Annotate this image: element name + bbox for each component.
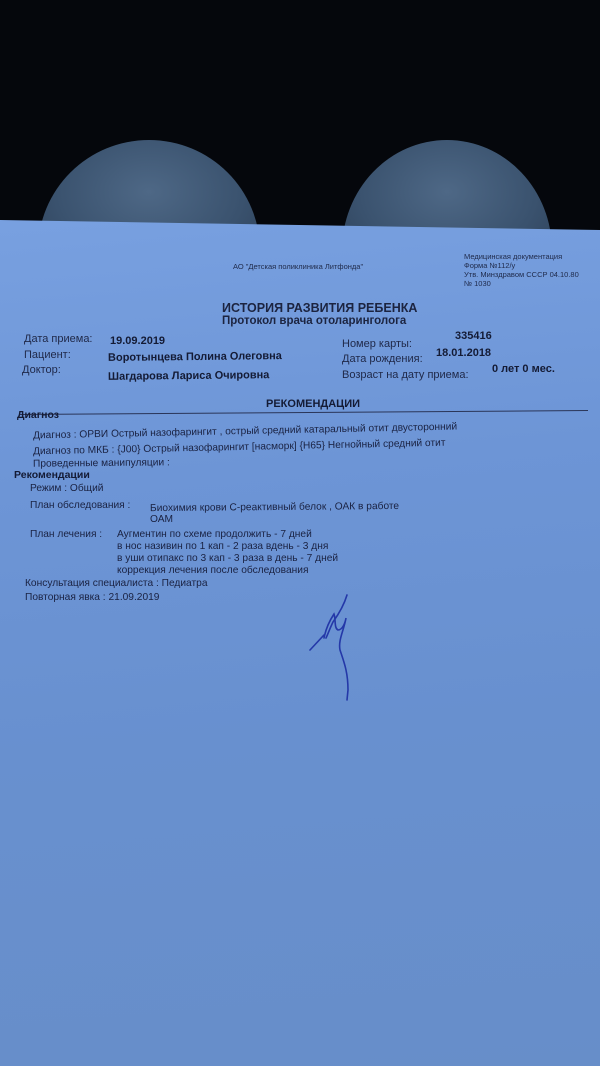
procedures-label: Проведенные манипуляции :: [33, 457, 170, 469]
regime-value: Общий: [70, 483, 104, 494]
treatment-line: в нос називин по 1 кап - 2 раза вдень - …: [117, 541, 328, 552]
doctor-signature: [300, 590, 380, 710]
consultation-line: Консультация специалиста : Педиатра: [25, 578, 208, 589]
consultation-label: Консультация специалиста :: [25, 578, 159, 589]
treatment-line: коррекция лечения после обследования: [117, 565, 308, 576]
doctor-name: Шагдарова Лариса Очировна: [108, 369, 269, 383]
organization-name: АО "Детская поликлиника Литфонда": [233, 262, 363, 271]
regime-label: Режим :: [30, 483, 67, 494]
icd-value: {J00} Острый назофарингит [насморк] {H65…: [117, 438, 445, 456]
patient-name: Воротынцева Полина Олеговна: [108, 350, 282, 364]
age-value: 0 лет 0 мес.: [492, 363, 555, 375]
section-divider: [20, 410, 588, 415]
exam-plan-line: ОАМ: [150, 514, 173, 525]
card-number: 335416: [455, 330, 492, 342]
icd-label: Диагноз по МКБ :: [33, 445, 115, 458]
treatment-line: в уши отипакс по 3 кап - 3 раза в день -…: [117, 553, 338, 564]
birth-date: 18.01.2018: [436, 347, 491, 359]
card-number-label: Номер карты:: [342, 338, 412, 350]
document-subtitle: Протокол врача отоларинголога: [222, 315, 406, 327]
visit-date-label: Дата приема:: [24, 333, 93, 345]
revisit-label: Повторная явка :: [25, 592, 106, 603]
revisit-line: Повторная явка : 21.09.2019: [25, 592, 159, 603]
exam-plan-label: План обследования :: [30, 500, 130, 511]
recommendations-header: РЕКОМЕНДАЦИИ: [266, 398, 360, 410]
icd-line: Диагноз по МКБ : {J00} Острый назофаринг…: [33, 438, 446, 458]
medical-document: АО "Детская поликлиника Литфонда" Медици…: [0, 220, 600, 1066]
document-title: ИСТОРИЯ РАЗВИТИЯ РЕБЕНКА: [222, 301, 417, 315]
treatment-line: Аугментин по схеме продолжить - 7 дней: [117, 529, 312, 540]
birth-date-label: Дата рождения:: [342, 353, 423, 365]
visit-date: 19.09.2019: [110, 335, 165, 347]
treatment-plan-label: План лечения :: [30, 529, 102, 540]
age-label: Возраст на дату приема:: [342, 369, 469, 381]
exam-plan-line: Биохимия крови С-реактивный белок , ОАК …: [150, 501, 399, 514]
patient-label: Пациент:: [24, 349, 71, 361]
recommendations-section: Рекомендации: [14, 469, 90, 481]
form-info-line: Медицинская документация: [464, 252, 579, 261]
form-info-line: № 1030: [464, 279, 579, 288]
regime-line: Режим : Общий: [30, 483, 103, 494]
diagnosis-label: Диагноз :: [33, 430, 77, 442]
form-info-line: Утв. Минздравом СССР 04.10.80: [464, 270, 579, 279]
consultation-value: Педиатра: [162, 578, 208, 589]
form-info-line: Форма №112/у: [464, 261, 579, 270]
doctor-label: Доктор:: [22, 364, 61, 376]
form-info: Медицинская документация Форма №112/у Ут…: [464, 252, 579, 288]
revisit-value: 21.09.2019: [108, 592, 159, 603]
diagnosis-section: Диагноз: [17, 409, 59, 421]
